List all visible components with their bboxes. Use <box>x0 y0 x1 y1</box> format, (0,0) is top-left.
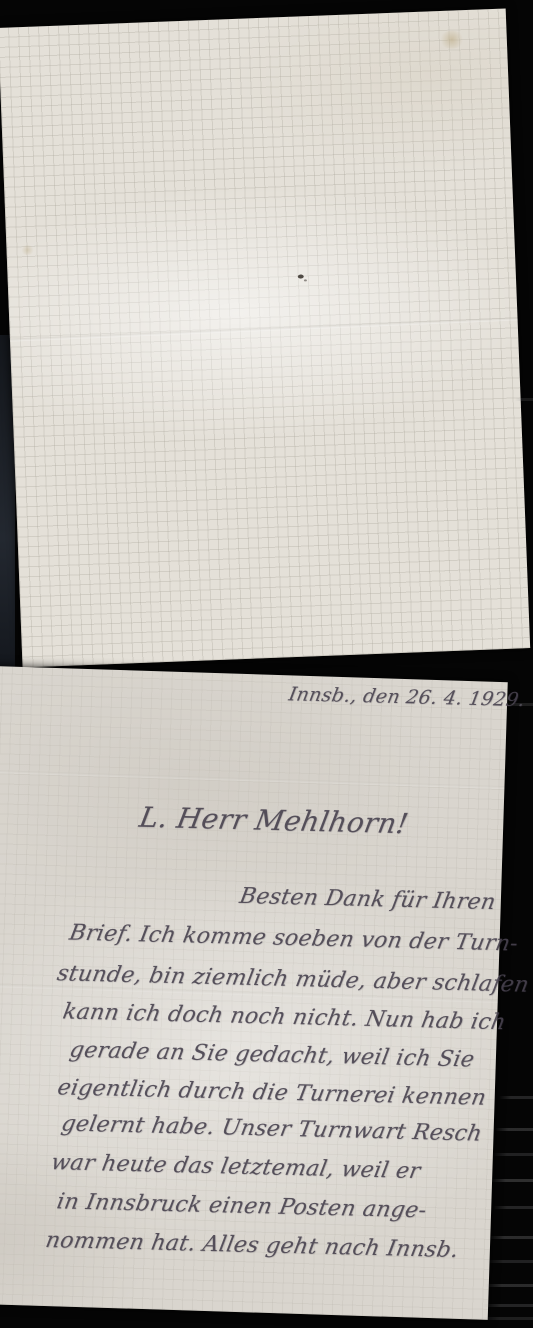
paper-stain <box>438 30 465 49</box>
letter-line: in Innsbruck einen Posten ange- <box>55 1189 429 1223</box>
scan-streak <box>499 1096 533 1099</box>
letter-line: Besten Dank für Ihren <box>237 884 497 915</box>
letter-dateline: Innsb., den 26. 4. 1929. <box>287 683 527 711</box>
letter-line: gerade an Sie gedacht, weil ich Sie <box>68 1038 477 1073</box>
letter-line: gelernt habe. Unser Turnwart Resch <box>59 1111 484 1146</box>
scan-streak <box>493 1153 533 1156</box>
letter-line: war heute das letztemal, weil er <box>49 1150 422 1184</box>
blank-grid-page <box>0 8 530 667</box>
scan-streak <box>487 1260 533 1263</box>
scanned-letter-photo: Innsb., den 26. 4. 1929. L. Herr Mehlhor… <box>0 0 533 1328</box>
paper-stain <box>20 245 34 256</box>
scan-streak <box>491 1179 533 1182</box>
letter-line: kann ich doch noch nicht. Nun hab ich <box>61 999 508 1035</box>
letter-line: Brief. Ich komme soeben von der Turn- <box>67 921 520 957</box>
paper-crease <box>10 317 518 341</box>
scan-streak <box>483 1304 533 1307</box>
handwritten-letter-page: Innsb., den 26. 4. 1929. L. Herr Mehlhor… <box>0 666 508 1320</box>
letter-salutation: L. Herr Mehlhorn! <box>137 801 411 840</box>
ink-speck <box>304 279 307 281</box>
letter-line: nommen hat. Alles geht nach Innsb. <box>44 1228 461 1263</box>
scan-streak <box>507 703 533 706</box>
scan-streak <box>481 1317 533 1320</box>
scan-streak <box>489 1236 533 1239</box>
scan-streak <box>515 398 533 401</box>
scan-streak <box>495 1128 533 1131</box>
scan-streak <box>485 1284 533 1287</box>
letter-line: stunde, bin ziemlich müde, aber schlafen <box>55 961 531 997</box>
ink-speck <box>298 274 304 278</box>
paper-crease <box>0 770 504 789</box>
letter-line: eigentlich durch die Turnerei kennen <box>55 1075 488 1110</box>
scan-streak <box>493 1206 533 1209</box>
